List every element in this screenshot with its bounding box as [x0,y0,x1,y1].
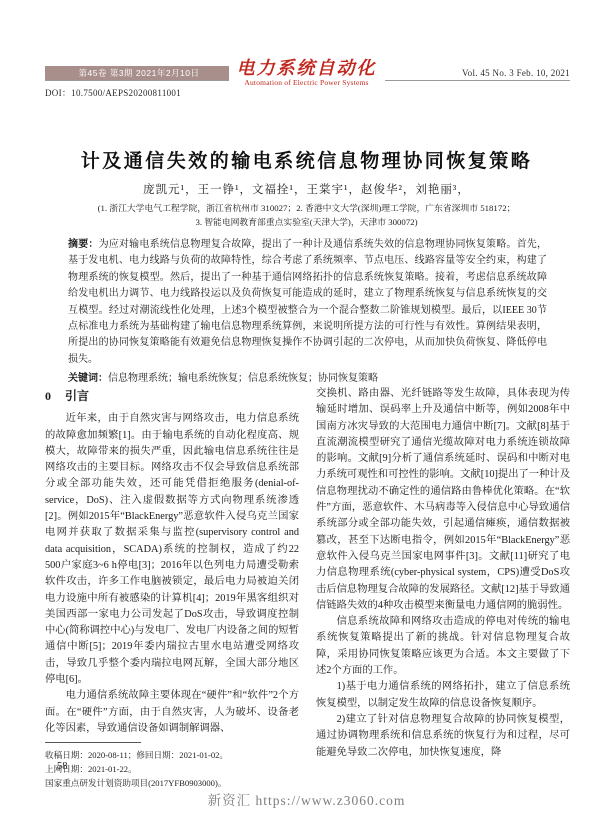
section-title: 引言 [65,389,89,403]
paragraph: 近年来，由于自然灾害与网络攻击，电力信息系统的故障愈加频繁[1]。由于输电系统的… [45,411,299,688]
journal-volume-badge: 第45卷 第3期 2021年2月10日 [45,66,233,80]
paragraph: 信息系统故障和网络攻击造成的停电对传统的输电系统恢复策略提出了新的挑战。针对信息… [316,614,570,679]
section-number: 0 [45,389,51,403]
paragraph: 电力通信系统故障主要体现在“硬件”和“软件”2个方面。在“硬件”方面，由于自然灾… [45,688,299,737]
footnote-received-dates: 收稿日期：2020-08-11；修回日期：2021-01-02。 [45,748,299,762]
footnote-area: 收稿日期：2020-08-11；修回日期：2021-01-02。 上网日期：20… [45,738,299,790]
footnote-online-date: 上网日期：2021-01-22。 [45,762,299,776]
section-heading: 0引言 [45,388,299,404]
keywords-text: 信息物理系统；输电系统恢复；信息系统恢复；协同恢复策略 [108,373,378,384]
issue-info: Vol. 45 No. 3 Feb. 10, 2021 [458,68,570,78]
footnote-funding: 国家重点研发计划资助项目(2017YFB0903000)。 [45,776,299,790]
abstract-section: 摘要：为应对输电系统信息物理复合故障，提出了一种计及通信系统失效的信息物理协同恢… [68,237,547,388]
abstract-paragraph: 摘要：为应对输电系统信息物理复合故障，提出了一种计及通信系统失效的信息物理协同恢… [68,237,547,368]
affiliation-line-1: (1. 浙江大学电气工程学院，浙江省杭州市 310027；2. 香港中文大学(深… [0,201,613,215]
article-title: 计及通信失效的输电系统信息物理协同恢复策略 [20,146,593,173]
footnote-divider [45,742,141,743]
keywords-label: 关键词： [68,373,108,384]
abstract-text: 为应对输电系统信息物理复合故障，提出了一种计及通信系统失效的信息物理协同恢复策略… [68,239,547,365]
paper-page: 第45卷 第3期 2021年2月10日 DOI：10.7500/AEPS2020… [0,0,613,825]
watermark-text: 新资汇 https://www.z3060.com [0,789,613,809]
journal-name-en: Automation of Electric Power Systems [237,78,377,88]
abstract-label: 摘要： [68,239,99,250]
body-columns: 0引言 近年来，由于自然灾害与网络攻击，电力信息系统的故障愈加频繁[1]。由于输… [45,386,570,790]
paragraph: 交换机、路由器、光纤链路等发生故障，具体表现为传输延时增加、误码率上升及通信中断… [316,386,570,614]
doi-text: DOI：10.7500/AEPS20200811001 [45,86,181,99]
journal-name-cn: 电力系统自动化 [237,58,377,78]
column-right: 交换机、路由器、光纤链路等发生故障，具体表现为传输延时增加、误码率上升及通信中断… [316,386,570,790]
column-left: 0引言 近年来，由于自然灾害与网络攻击，电力信息系统的故障愈加频繁[1]。由于输… [45,386,299,790]
page-number: 58 [57,761,68,772]
authors-line: 庞凯元¹，王一铮¹，文福拴¹，王棠宇¹，赵俊华²，刘艳丽³， [20,181,593,197]
affiliation-line-2: 3. 智能电网教育部重点实验室(天津大学)，天津市 300072) [0,215,613,229]
paragraph: 2)建立了针对信息物理复合故障的协同恢复模型，通过协调物理系统和信息系统的恢复行… [316,712,570,761]
paragraph: 1)基于电力通信系统的网络拓扑，建立了信息系统恢复模型，以制定发生故障的信息设备… [316,679,570,712]
journal-logo: 电力系统自动化 Automation of Electric Power Sys… [229,58,385,88]
